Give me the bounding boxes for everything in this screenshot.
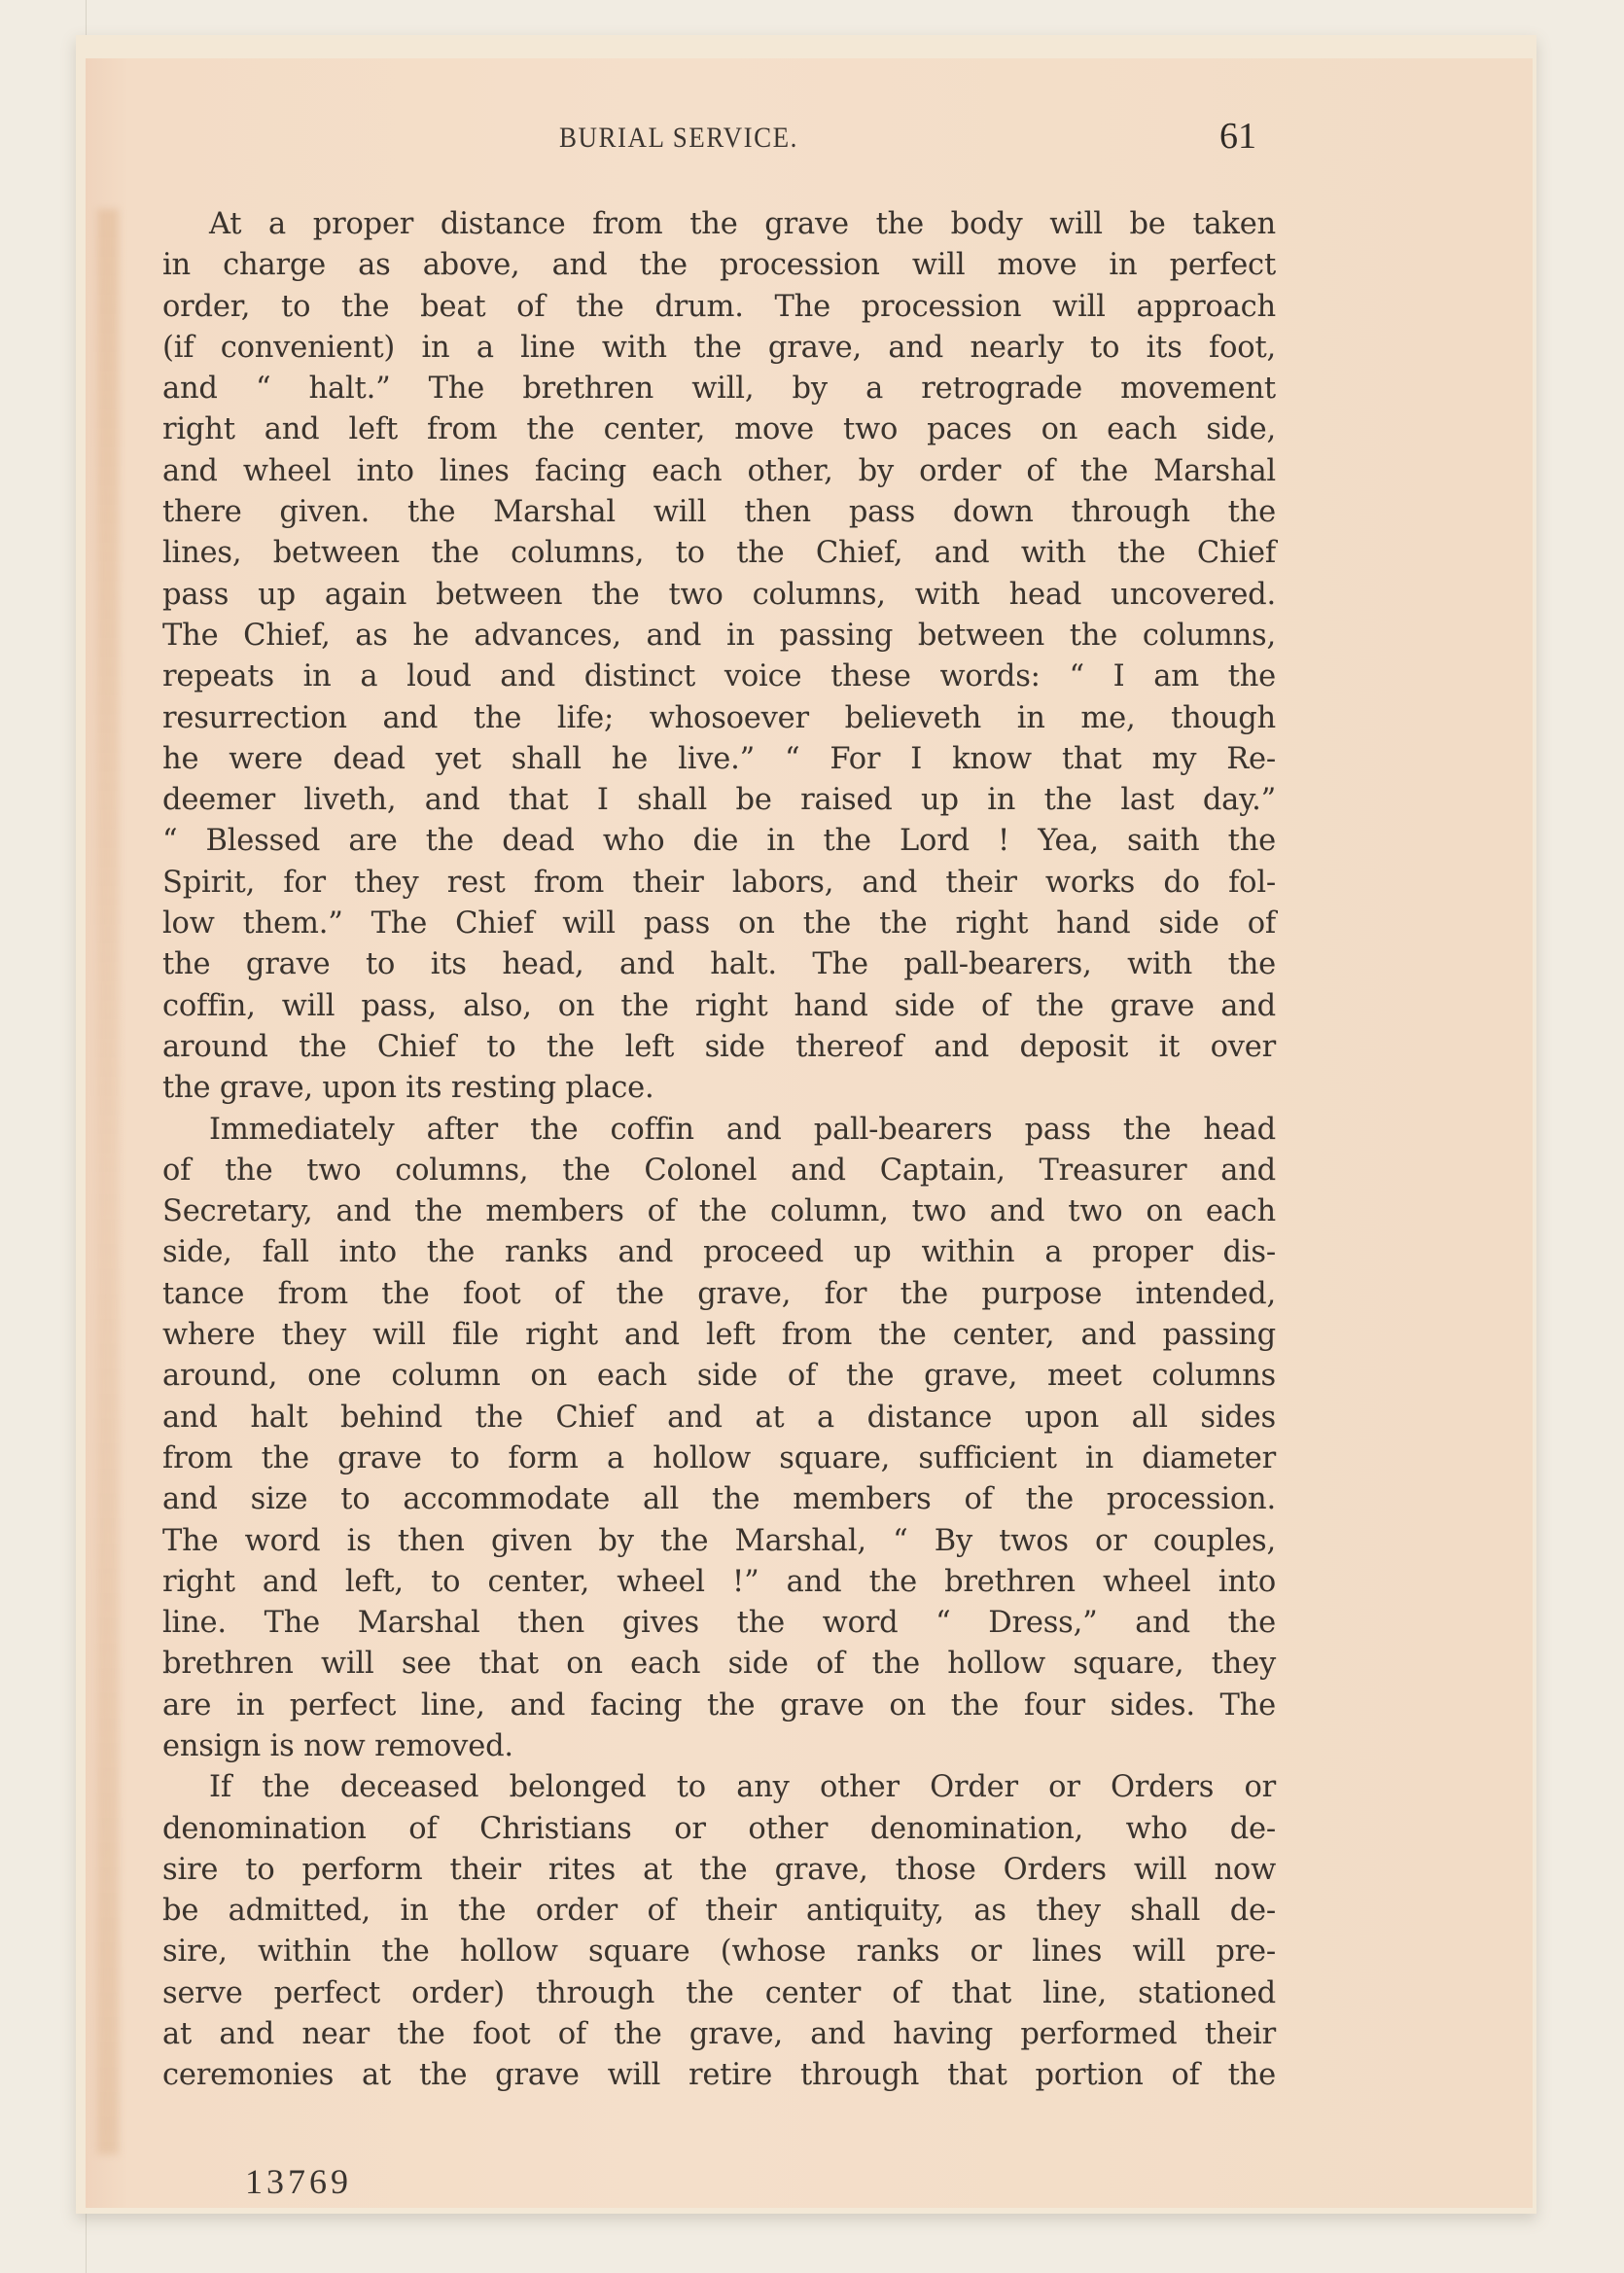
text-line: the grave to its head, and halt. The pal… (162, 944, 1276, 985)
text-line: lines, between the columns, to the Chief… (162, 533, 1276, 574)
text-line: The Chief, as he advances, and in passin… (162, 616, 1276, 657)
text-line: be admitted, in the order of their antiq… (162, 1891, 1276, 1932)
text-line: Secretary, and the members of the column… (162, 1191, 1276, 1232)
text-line: coffin, will pass, also, on the right ha… (162, 986, 1276, 1027)
text-line: low them.” The Chief will pass on the th… (162, 904, 1276, 944)
text-line: where they will file right and left from… (162, 1315, 1276, 1356)
text-line: ceremonies at the grave will retire thro… (162, 2055, 1276, 2096)
text-line: side, fall into the ranks and proceed up… (162, 1232, 1276, 1273)
text-line: sire to perform their rites at the grave… (162, 1850, 1276, 1891)
text-line: The word is then given by the Marshal, “… (162, 1521, 1276, 1562)
text-line: he were dead yet shall he live.” “ For I… (162, 739, 1276, 780)
running-head: BURIAL SERVICE. 61 (0, 115, 1624, 154)
text-line: serve perfect order) through the center … (162, 1973, 1276, 2014)
text-line: sire, within the hollow square (whose ra… (162, 1932, 1276, 1972)
text-line: from the grave to form a hollow square, … (162, 1438, 1276, 1479)
body-text: At a proper distance from the grave the … (162, 204, 1276, 2097)
text-line: At a proper distance from the grave the … (162, 204, 1276, 245)
catalog-number: 13769 (245, 2161, 352, 2202)
text-line: pass up again between the two columns, w… (162, 575, 1276, 616)
text-line: the grave, upon its resting place. (162, 1068, 1276, 1109)
text-line: (if convenient) in a line with the grave… (162, 328, 1276, 369)
text-line: at and near the foot of the grave, and h… (162, 2014, 1276, 2055)
text-line: and “ halt.” The brethren will, by a ret… (162, 369, 1276, 409)
text-line: and size to accommodate all the members … (162, 1479, 1276, 1520)
paragraph: If the deceased belonged to any other Or… (162, 1767, 1276, 2096)
text-line: order, to the beat of the drum. The proc… (162, 287, 1276, 328)
text-line: If the deceased belonged to any other Or… (162, 1767, 1276, 1808)
page-number: 61 (1219, 115, 1256, 158)
text-line: and halt behind the Chief and at a dista… (162, 1398, 1276, 1438)
text-line: around, one column on each side of the g… (162, 1356, 1276, 1397)
paragraph: Immediately after the coffin and pall-be… (162, 1110, 1276, 1768)
text-line: line. The Marshal then gives the word “ … (162, 1603, 1276, 1644)
text-line: are in perfect line, and facing the grav… (162, 1686, 1276, 1726)
text-line: ensign is now removed. (162, 1726, 1276, 1767)
text-line: of the two columns, the Colonel and Capt… (162, 1151, 1276, 1191)
text-line: there given. the Marshal will then pass … (162, 492, 1276, 533)
text-line: in charge as above, and the procession w… (162, 245, 1276, 286)
page-stain (97, 209, 119, 2154)
text-line: Spirit, for they rest from their labors,… (162, 863, 1276, 904)
running-title: BURIAL SERVICE. (559, 121, 798, 154)
text-line: “ Blessed are the dead who die in the Lo… (162, 821, 1276, 862)
text-line: right and left from the center, move two… (162, 409, 1276, 450)
text-line: and wheel into lines facing each other, … (162, 451, 1276, 492)
text-line: Immediately after the coffin and pall-be… (162, 1110, 1276, 1151)
text-line: resurrection and the life; whosoever bel… (162, 698, 1276, 739)
paragraph: At a proper distance from the grave the … (162, 204, 1276, 1110)
text-line: right and left, to center, wheel !” and … (162, 1562, 1276, 1603)
text-line: tance from the foot of the grave, for th… (162, 1274, 1276, 1315)
text-line: around the Chief to the left side thereo… (162, 1027, 1276, 1068)
text-line: repeats in a loud and distinct voice the… (162, 657, 1276, 697)
text-line: denomination of Christians or other deno… (162, 1809, 1276, 1850)
text-line: brethren will see that on each side of t… (162, 1644, 1276, 1685)
text-line: deemer liveth, and that I shall be raise… (162, 780, 1276, 821)
